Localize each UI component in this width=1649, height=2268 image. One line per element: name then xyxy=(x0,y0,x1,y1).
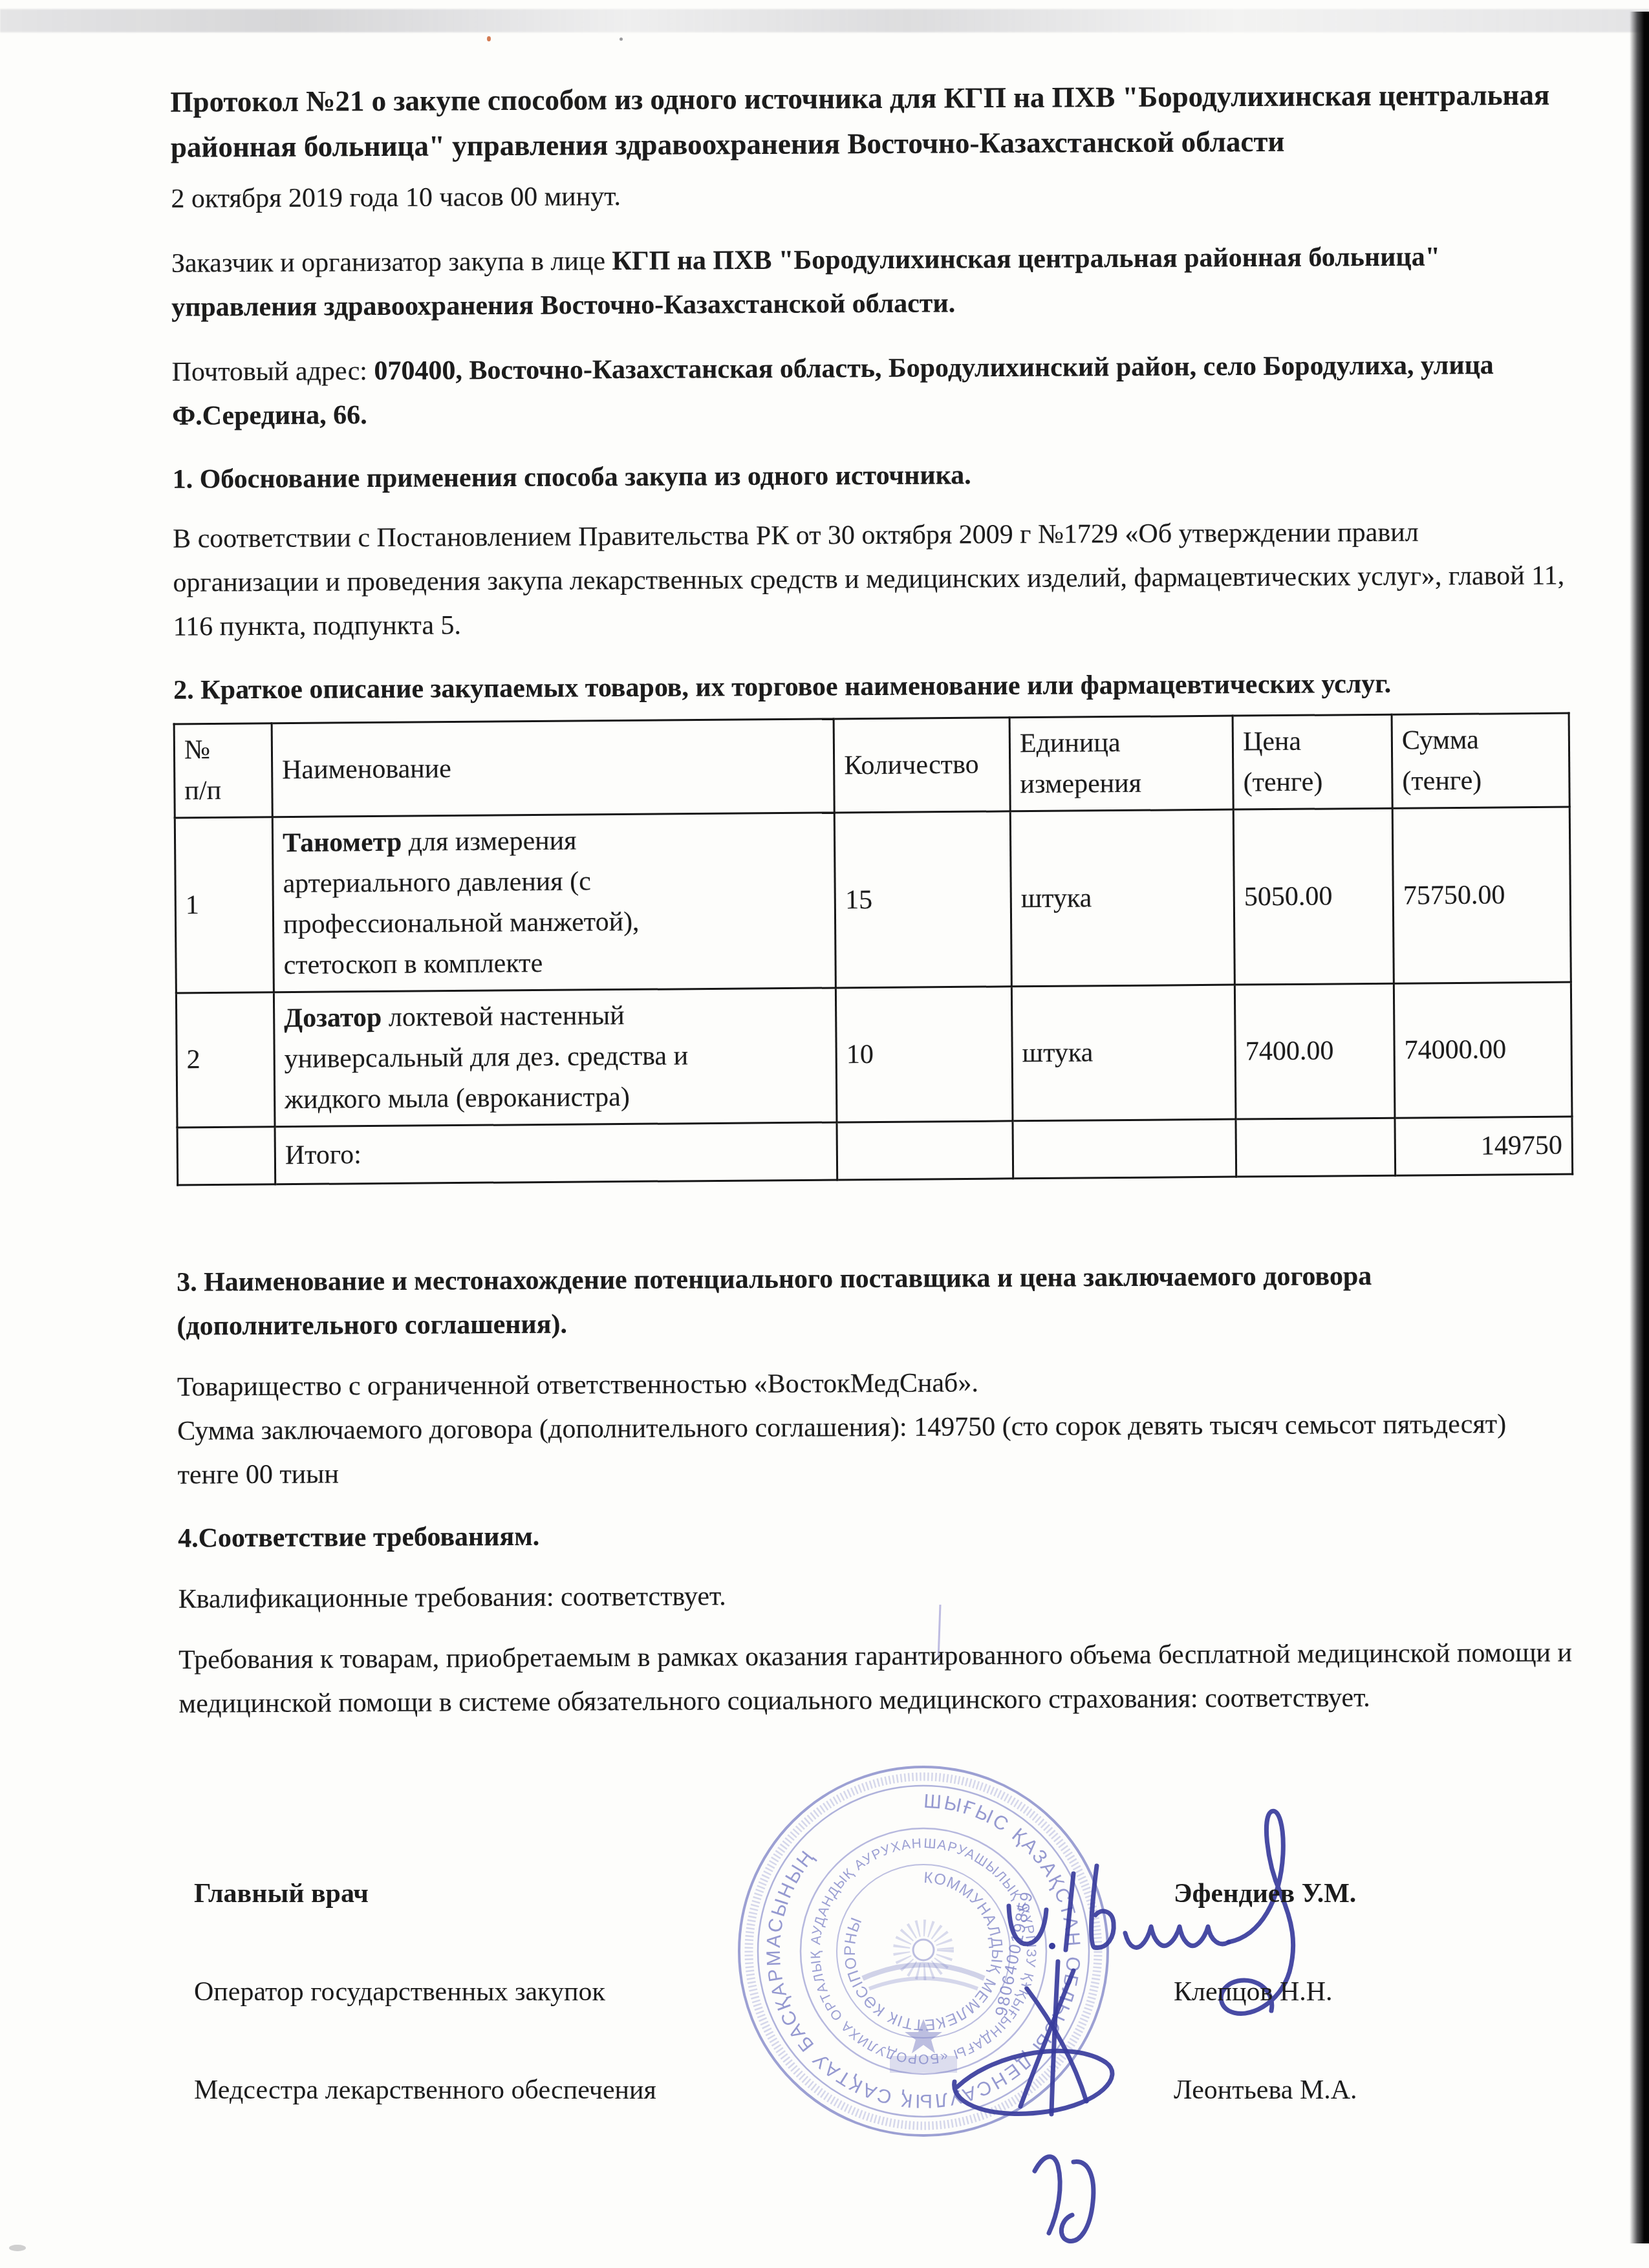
scan-speck xyxy=(487,36,491,41)
cell-empty xyxy=(837,1121,1013,1180)
customer-paragraph: Заказчик и организатор закупа в лице КГП… xyxy=(171,234,1569,329)
customer-prefix: Заказчик и организатор закупа в лице xyxy=(171,246,612,279)
cell-sum: 74000.00 xyxy=(1394,982,1572,1118)
table-header-row: № п/п Наименование Количество Единица из… xyxy=(174,713,1569,818)
col-header-price: Цена (тенге) xyxy=(1233,714,1392,809)
protocol-datetime: 2 октября 2019 года 10 часов 00 минут. xyxy=(171,169,1568,220)
section1-body: В соответствии с Постановлением Правител… xyxy=(173,509,1570,648)
cell-num: 2 xyxy=(176,992,275,1128)
cell-empty xyxy=(1013,1119,1236,1179)
item-name-bold: Дозатор xyxy=(284,1003,382,1033)
col-header-unit: Единица измерения xyxy=(1009,716,1233,811)
postal-paragraph: Почтовый адрес: 070400, Восточно-Казахст… xyxy=(172,343,1569,438)
scan-speck xyxy=(620,37,623,41)
signature-role: Оператор государственных закупок xyxy=(194,1976,605,2007)
total-value: 149750 xyxy=(1395,1117,1573,1175)
section4-p1: Квалификационные требования: соответству… xyxy=(178,1570,1575,1621)
scan-speck xyxy=(9,2245,26,2251)
cell-name: Дозатор локтевой настенный универсальный… xyxy=(274,988,837,1127)
signature-role: Медсестра лекарственного обеспечения xyxy=(194,2075,656,2106)
document-title: Протокол №21 о закупе способом из одного… xyxy=(170,72,1568,170)
section2-heading: 2. Краткое описание закупаемых товаров, … xyxy=(173,661,1570,712)
signature-3-stroke xyxy=(1061,2162,1094,2241)
cell-empty xyxy=(177,1127,275,1185)
scan-right-edge xyxy=(1630,12,1649,2243)
signature-name: Клепцов Н.Н. xyxy=(1174,1976,1333,2007)
table-row: 1 Танометр для измерения артериального д… xyxy=(175,807,1571,993)
section4-p2: Требования к товарам, приобретаемым в ра… xyxy=(178,1631,1576,1726)
cell-unit: штука xyxy=(1011,985,1236,1121)
cell-num: 1 xyxy=(175,817,274,993)
table-total-row: Итого: 149750 xyxy=(177,1117,1573,1185)
col-header-qty: Количество xyxy=(834,718,1010,813)
document-page: Протокол №21 о закупе способом из одного… xyxy=(0,0,1649,2268)
signature-role: Главный врач xyxy=(194,1878,369,1909)
signature-row: Медсестра лекарственного обеспечения Лео… xyxy=(175,2075,1571,2120)
table-row: 2 Дозатор локтевой настенный универсальн… xyxy=(176,982,1572,1128)
total-label: Итого: xyxy=(275,1122,837,1184)
document-content: Протокол №21 о закупе способом из одного… xyxy=(170,72,1575,1726)
cell-price: 7400.00 xyxy=(1234,983,1395,1119)
postal-prefix: Почтовый адрес: xyxy=(172,356,374,387)
col-header-num: № п/п xyxy=(174,723,272,818)
section3: 3. Наименование и местонахождение потенц… xyxy=(177,1253,1575,1497)
section3-body: Товарищество с ограниченной ответственно… xyxy=(177,1358,1575,1497)
scan-top-band xyxy=(0,9,1649,32)
supplier-name: Товарищество с ограниченной ответственно… xyxy=(177,1358,1574,1409)
contract-sum: Сумма заключаемого договора (дополнитель… xyxy=(177,1402,1575,1497)
section1-heading: 1. Обоснование применения способа закупа… xyxy=(172,450,1569,501)
cell-price: 5050.00 xyxy=(1233,808,1394,985)
item-name-bold: Танометр xyxy=(283,828,402,858)
signature-name: Эфендиев У.М. xyxy=(1174,1878,1356,1909)
signature-block: Главный врач Эфендиев У.М. Оператор госу… xyxy=(175,1878,1571,2173)
signature-row: Оператор государственных закупок Клепцов… xyxy=(175,1976,1571,2022)
cell-name: Танометр для измерения артериального дав… xyxy=(272,813,835,992)
goods-table: № п/п Наименование Количество Единица из… xyxy=(173,712,1574,1186)
section3-heading: 3. Наименование и местонахождение потенц… xyxy=(177,1253,1574,1348)
signature-row: Главный врач Эфендиев У.М. xyxy=(175,1878,1571,1923)
cell-empty xyxy=(1236,1118,1396,1177)
cell-sum: 75750.00 xyxy=(1392,807,1571,983)
section4-heading: 4.Соответствие требованиям. xyxy=(178,1509,1575,1560)
signature-name: Леонтьева М.А. xyxy=(1174,2075,1357,2106)
cell-qty: 10 xyxy=(836,987,1013,1122)
col-header-name: Наименование xyxy=(272,719,834,817)
col-header-sum: Сумма (тенге) xyxy=(1392,713,1569,808)
cell-unit: штука xyxy=(1010,809,1234,987)
cell-qty: 15 xyxy=(834,811,1011,988)
